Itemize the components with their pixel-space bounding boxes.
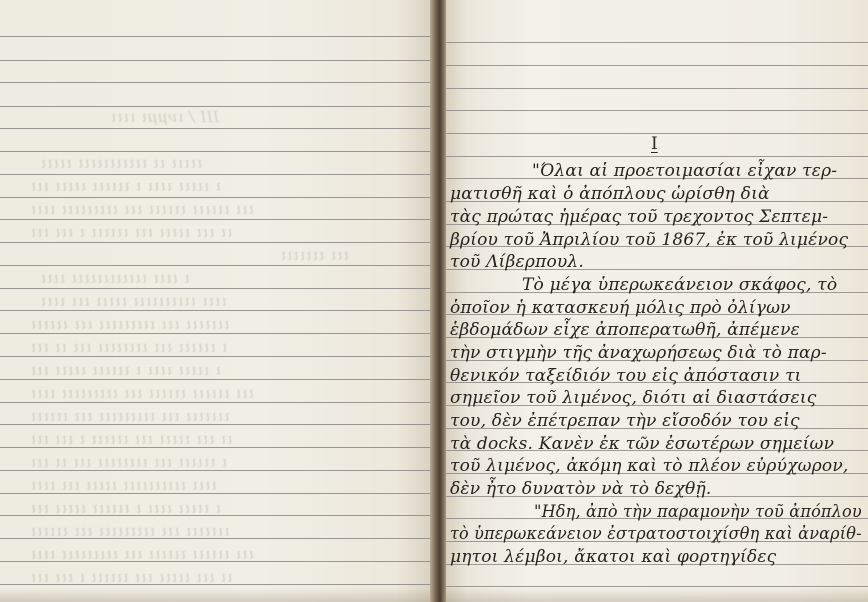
handwritten-line: τοῦ λιμένος, ἀκόμη καὶ τὸ πλέον εὐρύχωρο… xyxy=(450,456,849,476)
rule-line xyxy=(0,402,432,403)
handwritten-line: τὴν στιγμὴν τῆς ἀναχωρήσεως διὰ τὸ παρ- xyxy=(450,343,827,363)
page-bottom-shadow xyxy=(0,588,432,602)
rule-line xyxy=(446,42,868,43)
rule-line xyxy=(0,128,432,129)
rule-line xyxy=(0,174,432,175)
rule-line xyxy=(0,60,432,61)
bleed-through-text: ιι ιιι ιιιιι ιιι ιιιιιι ι ιιι ιιι xyxy=(30,430,233,448)
rule-line xyxy=(0,288,432,289)
rule-line xyxy=(0,310,432,311)
rule-line xyxy=(0,82,432,83)
handwritten-line: βρίου τοῦ Ἀπριλίου τοῦ 1867, ἐκ τοῦ λιμέ… xyxy=(450,230,848,250)
bleed-through-text: ιιιιι ιι ιιιιιιιιιιι ιιιιι xyxy=(40,154,203,172)
left-page: ΙΙΙ / ινμμι ιιιι ιιιιι ιι ιιιιιιιιιιι ιι… xyxy=(0,0,432,602)
rule-line xyxy=(0,106,432,107)
handwritten-line: ἑβδομάδων εἶχε ἀποπερατωθῆ, ἀπέμενε xyxy=(450,320,800,340)
bleed-through-text: ιιιι ιιιιιιιιιι ιιιιι ιιι ιιιι xyxy=(40,292,227,310)
bleed-through-text: ιιιιιιι ιιι ιιιιιιιιι ιιι ιιιιιι xyxy=(30,315,230,333)
handwritten-line: σημεῖον τοῦ λιμένος, διότι αἱ διαστάσεις xyxy=(450,388,816,408)
handwritten-line: δὲν ἦτο δυνατὸν νὰ τὸ δεχθῇ. xyxy=(450,479,711,499)
handwritten-line: τὰς πρώτας ἡμέρας τοῦ τρεχοντος Σεπτεμ- xyxy=(450,207,828,227)
rule-line xyxy=(0,197,432,198)
handwritten-line: τὰ docks. Κανὲν ἐκ τῶν ἐσωτέρων σημείων xyxy=(450,434,834,454)
bleed-through-text: ΙΙΙ / ινμμι ιιιι xyxy=(110,108,219,126)
bleed-through-text: ιι ιιι ιιιιι ιιι ιιιιιι ι ιιι ιιι xyxy=(30,223,233,241)
handwritten-line: θενικόν ταξείδιόν του εἰς ἀπόστασιν τι xyxy=(450,366,802,386)
bleed-through-text: ι ιιιιιι ιιι ιιιιιιιι ιιι ιι ιιι xyxy=(30,338,228,356)
bleed-through-text: ι ιιιιιι ιιι ιιιιιιιι ιιι ιι ιιι xyxy=(30,453,228,471)
notebook-spread: ΙΙΙ / ινμμι ιιιι ιιιιι ιι ιιιιιιιιιιι ιι… xyxy=(0,0,868,602)
bleed-through-text: ι ιιιιι ιιιι ι ιιιιιι ιιιιι ιιι xyxy=(30,361,221,379)
handwritten-line: ματισθῆ καὶ ὁ ἀπόπλους ὡρίσθη διὰ xyxy=(450,184,770,204)
bleed-through-text: ι ιιιι ιιιιιιιιιιιι ιιιι xyxy=(40,269,190,287)
handwritten-line: τὸ ὑπερωκεάνειον ἐστρατοστοιχίσθη καὶ ἀν… xyxy=(450,524,862,544)
rule-line xyxy=(0,219,432,220)
handwritten-line: ὁποῖον ἡ κατασκευή μόλις πρὸ ὀλίγων xyxy=(450,298,791,318)
bleed-through-text: ιιιιιιι ιιι ιιιιιιιιι ιιι ιιιιιι xyxy=(30,407,230,425)
bleed-through-text: ιιι ιιιιιιι xyxy=(280,246,349,264)
rule-line xyxy=(446,586,868,587)
rule-line xyxy=(0,36,432,37)
rule-line xyxy=(446,110,868,111)
rule-line xyxy=(0,333,432,334)
bleed-through-text: ιιιι ιιιιιιιιιι ιιιιι ιιι ιιιι xyxy=(30,476,217,494)
handwritten-line: του, δὲν ἐπέτρεπαν τὴν εἴσοδόν του εἰς xyxy=(450,411,800,431)
rule-line xyxy=(0,151,432,152)
bleed-through-text: ιιι ιιιιιι ιιιιιι ιιι ιιιιιιιιι ιιιι xyxy=(30,545,254,563)
handwritten-line: μητοι λέμβοι, ἄκατοι καὶ φορτηγίδες xyxy=(450,547,776,567)
handwritten-line: "Ηδη, ἀπὸ τὴν παραμονὴν τοῦ ἀπόπλου xyxy=(534,502,862,522)
handwritten-line: Τὸ μέγα ὑπερωκεάνειον σκάφος, τὸ xyxy=(522,275,837,295)
bleed-through-text: ι ιιιιι ιιιι ι ιιιιιι ιιιιι ιιι xyxy=(30,177,221,195)
handwritten-line: τοῦ Λίβερπουλ. xyxy=(450,252,584,272)
rule-line xyxy=(0,265,432,266)
rule-line xyxy=(446,156,868,157)
bleed-through-text: ιιι ιιιιιι ιιιιιι ιιι ιιιιιιιιι ιιιι xyxy=(30,200,254,218)
right-page: I "Όλαι αἱ προετοιμασίαι εἶχαν τερ- ματι… xyxy=(446,0,868,602)
rule-line xyxy=(0,379,432,380)
handwritten-line: "Όλαι αἱ προετοιμασίαι εἶχαν τερ- xyxy=(532,161,837,181)
rule-line xyxy=(446,88,868,89)
chapter-heading: I xyxy=(651,134,658,154)
rule-line xyxy=(0,356,432,357)
page-bottom-shadow xyxy=(446,588,868,602)
bleed-through-text: ιιι ιιιιιι ιιιιιι ιιι ιιιιιιιιι ιιιι xyxy=(30,384,254,402)
rule-line xyxy=(0,242,432,243)
rule-line xyxy=(446,65,868,66)
bleed-through-text: ιιιιιιι ιιι ιιιιιιιιι ιιι ιιιιιι xyxy=(30,522,230,540)
bleed-through-text: ι ιιιιι ιιιι ι ιιιιιι ιιιιι ιιι xyxy=(30,499,221,517)
bleed-through-text: ιι ιιι ιιιιι ιιι ιιιιιι ι ιιι ιιι xyxy=(30,568,233,586)
